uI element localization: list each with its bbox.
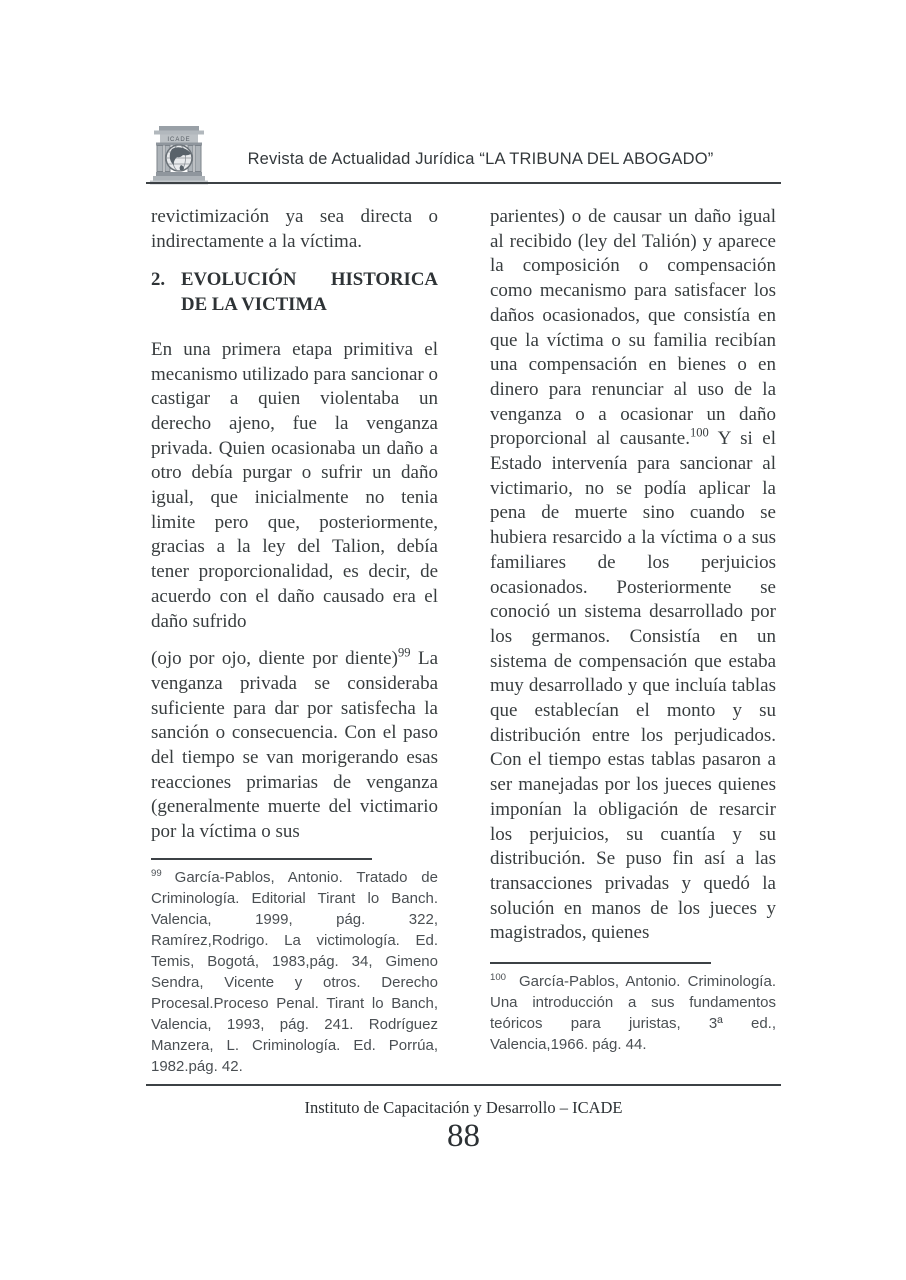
footnote-separator — [151, 858, 372, 860]
institute-name: Instituto de Capacitación y Desarrollo –… — [146, 1098, 781, 1118]
document-page: ICADE Revista de Actualidad Jurídica “LA… — [0, 0, 906, 1280]
paragraph-text: La venganza privada se consideraba sufic… — [151, 648, 438, 842]
heading-number: 2. — [151, 268, 181, 317]
footnote-reference-100: 100 — [690, 426, 709, 440]
heading-text: EVOLUCIÓN HISTORICA DE LA VICTIMA — [181, 268, 438, 317]
svg-text:ICADE: ICADE — [167, 137, 190, 143]
paragraph-text: parientes) o de causar un daño igual al … — [490, 206, 776, 449]
footnote-100: 100García-Pablos, Antonio. Criminología.… — [490, 971, 776, 1055]
footnote-reference-99: 99 — [398, 646, 411, 660]
footnote-block-99: 99García-Pablos, Antonio. Tratado de Cri… — [151, 858, 438, 1077]
body-paragraph-continued: parientes) o de causar un daño igual al … — [490, 205, 776, 946]
body-paragraph-3: (ojo por ojo, diente por diente)99 La ve… — [151, 647, 438, 845]
paragraph-text: Y si el Estado intervenía para sancionar… — [490, 428, 776, 943]
footnote-block-100: 100García-Pablos, Antonio. Criminología.… — [490, 962, 776, 1055]
footer-rule — [146, 1084, 781, 1086]
paragraph-text: (ojo por ojo, diente por diente) — [151, 648, 398, 669]
right-column: parientes) o de causar un daño igual al … — [490, 205, 776, 1077]
body-paragraph-2: En una primera etapa primitiva el mecani… — [151, 338, 438, 634]
footnote-text: García-Pablos, Antonio. Criminología. Un… — [490, 973, 776, 1053]
footnote-separator — [490, 962, 711, 964]
left-column: revictimización ya sea directa o indirec… — [151, 205, 438, 1077]
text-columns: revictimización ya sea directa o indirec… — [151, 205, 776, 1077]
journal-title: Revista de Actualidad Jurídica “LA TRIBU… — [170, 150, 791, 169]
footnote-marker-100: 100 — [490, 972, 506, 983]
header-rule — [146, 182, 781, 184]
footnote-marker-99: 99 — [151, 868, 162, 879]
page-number: 88 — [146, 1118, 781, 1154]
intro-paragraph: revictimización ya sea directa o indirec… — [151, 205, 438, 254]
section-heading: 2. EVOLUCIÓN HISTORICA DE LA VICTIMA — [151, 268, 438, 317]
footnote-text: García-Pablos, Antonio. Tratado de Crimi… — [151, 869, 438, 1075]
footnote-99: 99García-Pablos, Antonio. Tratado de Cri… — [151, 867, 438, 1077]
